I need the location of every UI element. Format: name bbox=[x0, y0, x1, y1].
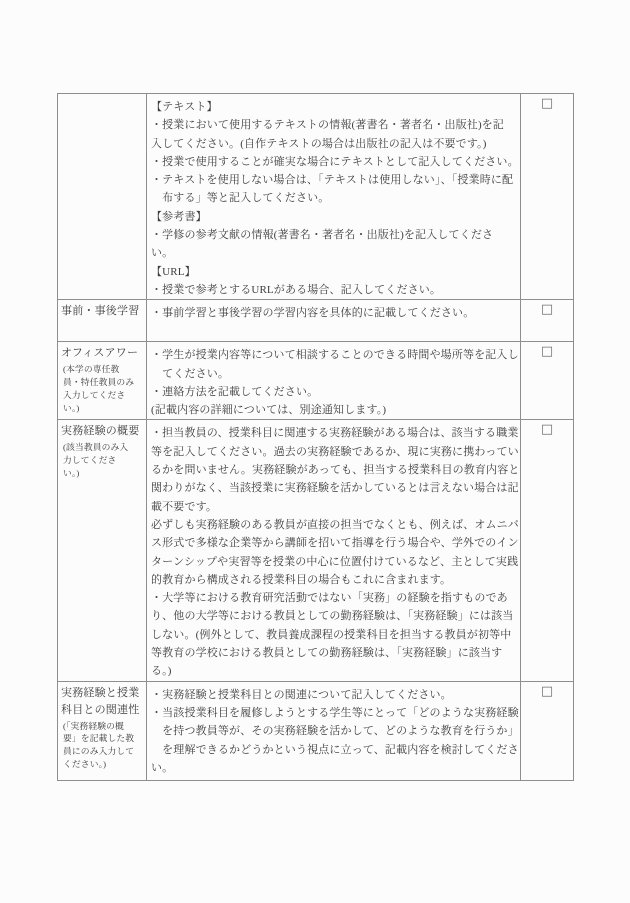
table-row-text-references-url: 【テキスト】 ・授業において使用するテキストの情報(著書名・著者名・出版社)を記… bbox=[58, 94, 574, 300]
row-label-note: (該当教員のみ入 力してくださ い。) bbox=[58, 440, 146, 479]
row-instructions: ・実務経験と授業科目との関連について記入してください。 ・当該授業科目を履修しよ… bbox=[147, 682, 520, 777]
row-content-cell: ・学生が授業内容等について相談することのできる時間や場所等を記入し てください。… bbox=[147, 342, 521, 420]
row-label-note: (本学の専任教 員・特任教員のみ 入力してくださ い。) bbox=[58, 362, 146, 414]
row-content-cell: ・実務経験と授業科目との関連について記入してください。 ・当該授業科目を履修しよ… bbox=[147, 681, 521, 780]
row-checkbox-cell: □ bbox=[521, 94, 574, 300]
row-label: 実務経験の概要 bbox=[58, 420, 146, 440]
row-instructions: ・学生が授業内容等について相談することのできる時間や場所等を記入し てください。… bbox=[147, 342, 520, 419]
checkbox-unchecked-icon[interactable]: □ bbox=[541, 97, 553, 110]
table-row-pre-post-learning: 事前・事後学習 ・事前学習と事後学習の学習内容を具体的に記載してください。 □ bbox=[58, 300, 574, 342]
row-checkbox-cell: □ bbox=[521, 300, 574, 342]
row-instructions: 【テキスト】 ・授業において使用するテキストの情報(著書名・著者名・出版社)を記… bbox=[147, 94, 520, 299]
row-instructions: ・事前学習と事後学習の学習内容を具体的に記載してください。 bbox=[147, 300, 520, 322]
row-label: 事前・事後学習 bbox=[58, 300, 146, 320]
row-label: オフィスアワー bbox=[58, 342, 146, 362]
row-checkbox-cell: □ bbox=[521, 342, 574, 420]
row-content-cell: ・担当教員の、授業科目に関連する実務経験がある場合は、該当する職業 等を記入して… bbox=[147, 420, 521, 681]
row-label-note bbox=[58, 97, 146, 98]
row-checkbox-cell: □ bbox=[521, 420, 574, 681]
document-page: 【テキスト】 ・授業において使用するテキストの情報(著書名・著者名・出版社)を記… bbox=[0, 0, 630, 903]
checkbox-unchecked-icon[interactable]: □ bbox=[541, 685, 553, 698]
row-label-cell: 事前・事後学習 bbox=[58, 300, 147, 342]
row-checkbox-cell: □ bbox=[521, 681, 574, 780]
checkbox-unchecked-icon[interactable]: □ bbox=[541, 345, 553, 358]
row-content-cell: 【テキスト】 ・授業において使用するテキストの情報(著書名・著者名・出版社)を記… bbox=[147, 94, 521, 300]
table-row-practical-experience-relation: 実務経験と授業 科目との関連性 (「実務経験の概 要」を記載した教 員にのみ入力… bbox=[58, 681, 574, 780]
checkbox-unchecked-icon[interactable]: □ bbox=[541, 423, 553, 436]
row-label-cell: オフィスアワー (本学の専任教 員・特任教員のみ 入力してくださ い。) bbox=[58, 342, 147, 420]
checkbox-unchecked-icon[interactable]: □ bbox=[541, 303, 553, 316]
row-label-cell bbox=[58, 94, 147, 300]
table-row-practical-experience-overview: 実務経験の概要 (該当教員のみ入 力してくださ い。) ・担当教員の、授業科目に… bbox=[58, 420, 574, 681]
row-label: 実務経験と授業 科目との関連性 bbox=[58, 682, 146, 719]
syllabus-instruction-table: 【テキスト】 ・授業において使用するテキストの情報(著書名・著者名・出版社)を記… bbox=[57, 93, 574, 781]
row-label-cell: 実務経験の概要 (該当教員のみ入 力してくださ い。) bbox=[58, 420, 147, 681]
row-content-cell: ・事前学習と事後学習の学習内容を具体的に記載してください。 bbox=[147, 300, 521, 342]
row-label-note: (「実務経験の概 要」を記載した教 員にのみ入力して ください。) bbox=[58, 719, 146, 771]
row-label-cell: 実務経験と授業 科目との関連性 (「実務経験の概 要」を記載した教 員にのみ入力… bbox=[58, 681, 147, 780]
row-label-note bbox=[58, 320, 146, 321]
table-row-office-hours: オフィスアワー (本学の専任教 員・特任教員のみ 入力してくださ い。) ・学生… bbox=[58, 342, 574, 420]
row-instructions: ・担当教員の、授業科目に関連する実務経験がある場合は、該当する職業 等を記入して… bbox=[147, 420, 520, 680]
